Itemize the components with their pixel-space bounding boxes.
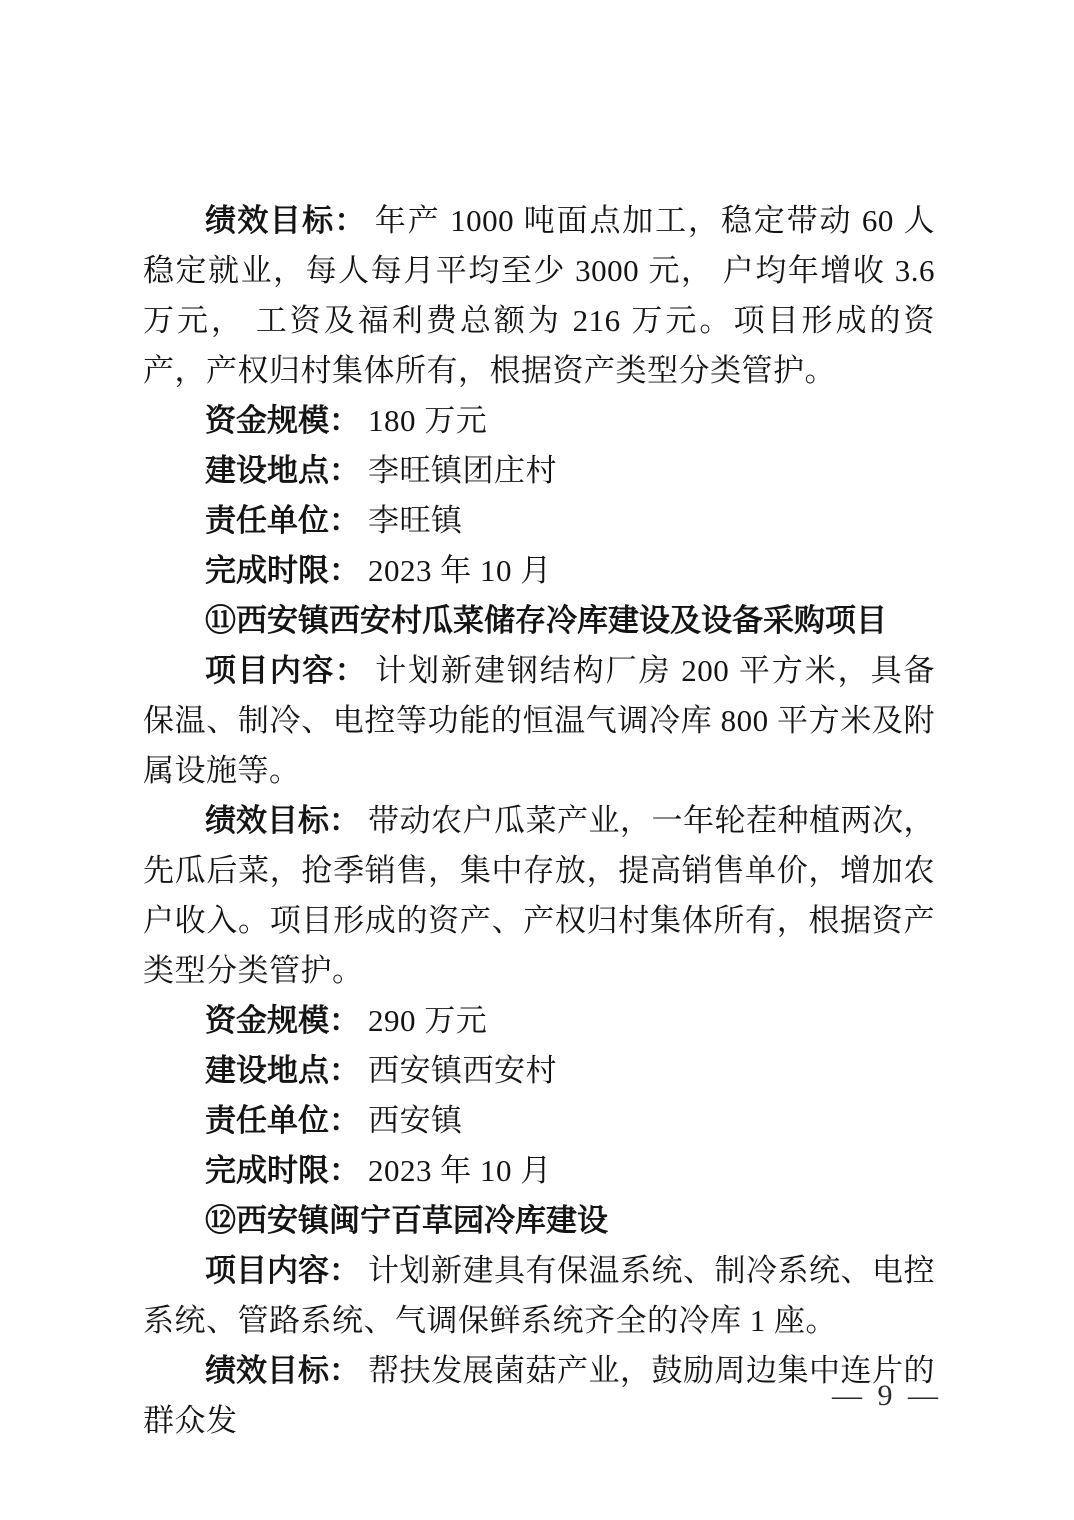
project-heading-text: ⑫西安镇闽宁百草园冷库建设 (205, 1203, 608, 1238)
field-row: 完成时限：2023 年 10 月 (143, 546, 935, 596)
field-label: 建设地点： (205, 453, 360, 488)
field-row: 责任单位：李旺镇 (143, 496, 935, 546)
field-row: 建设地点：李旺镇团庄村 (143, 446, 935, 496)
field-label: 绩效目标： (205, 203, 367, 238)
field-value: 李旺镇 (368, 503, 463, 538)
field-label: 责任单位： (205, 1103, 360, 1138)
paragraph: 绩效目标：带动农户瓜菜产业，一年轮茬种植两次，先瓜后菜，抢季销售，集中存放，提高… (143, 796, 935, 996)
paragraph: 项目内容：计划新建钢结构厂房 200 平方米，具备保温、制冷、电控等功能的恒温气… (143, 646, 935, 796)
field-label: 责任单位： (205, 503, 360, 538)
field-label: 完成时限： (205, 1153, 360, 1188)
field-label: 项目内容： (205, 1253, 360, 1288)
field-value: 李旺镇团庄村 (368, 453, 557, 488)
page-number: — 9 — (832, 1379, 942, 1412)
project-heading: ⑪西安镇西安村瓜菜储存冷库建设及设备采购项目 (143, 596, 935, 646)
document-body: 绩效目标：年产 1000 吨面点加工，稳定带动 60 人稳定就业，每人每月平均至… (143, 196, 935, 1446)
field-row: 建设地点：西安镇西安村 (143, 1046, 935, 1096)
field-value: 290 万元 (368, 1003, 487, 1038)
page-footer: — 9 — (832, 1376, 942, 1416)
field-label: 项目内容： (205, 653, 367, 688)
project-heading: ⑫西安镇闽宁百草园冷库建设 (143, 1196, 935, 1246)
paragraph: 项目内容：计划新建具有保温系统、制冷系统、电控系统、管路系统、气调保鲜系统齐全的… (143, 1246, 935, 1346)
field-label: 完成时限： (205, 553, 360, 588)
field-row: 完成时限：2023 年 10 月 (143, 1146, 935, 1196)
field-label: 绩效目标： (205, 1353, 360, 1388)
field-label: 建设地点： (205, 1053, 360, 1088)
field-label: 资金规模： (205, 403, 360, 438)
field-row: 资金规模：180 万元 (143, 396, 935, 446)
field-row: 资金规模：290 万元 (143, 996, 935, 1046)
field-value: 180 万元 (368, 403, 487, 438)
field-row: 责任单位：西安镇 (143, 1096, 935, 1146)
field-label: 绩效目标： (205, 803, 360, 838)
field-value: 2023 年 10 月 (368, 553, 552, 588)
field-label: 资金规模： (205, 1003, 360, 1038)
field-value: 2023 年 10 月 (368, 1153, 552, 1188)
paragraph: 绩效目标：帮扶发展菌菇产业，鼓励周边集中连片的群众发 (143, 1346, 935, 1446)
paragraph: 绩效目标：年产 1000 吨面点加工，稳定带动 60 人稳定就业，每人每月平均至… (143, 196, 935, 396)
project-heading-text: ⑪西安镇西安村瓜菜储存冷库建设及设备采购项目 (205, 603, 887, 638)
document-page: 绩效目标：年产 1000 吨面点加工，稳定带动 60 人稳定就业，每人每月平均至… (0, 0, 1074, 1520)
field-value: 西安镇 (368, 1103, 463, 1138)
field-value: 西安镇西安村 (368, 1053, 557, 1088)
